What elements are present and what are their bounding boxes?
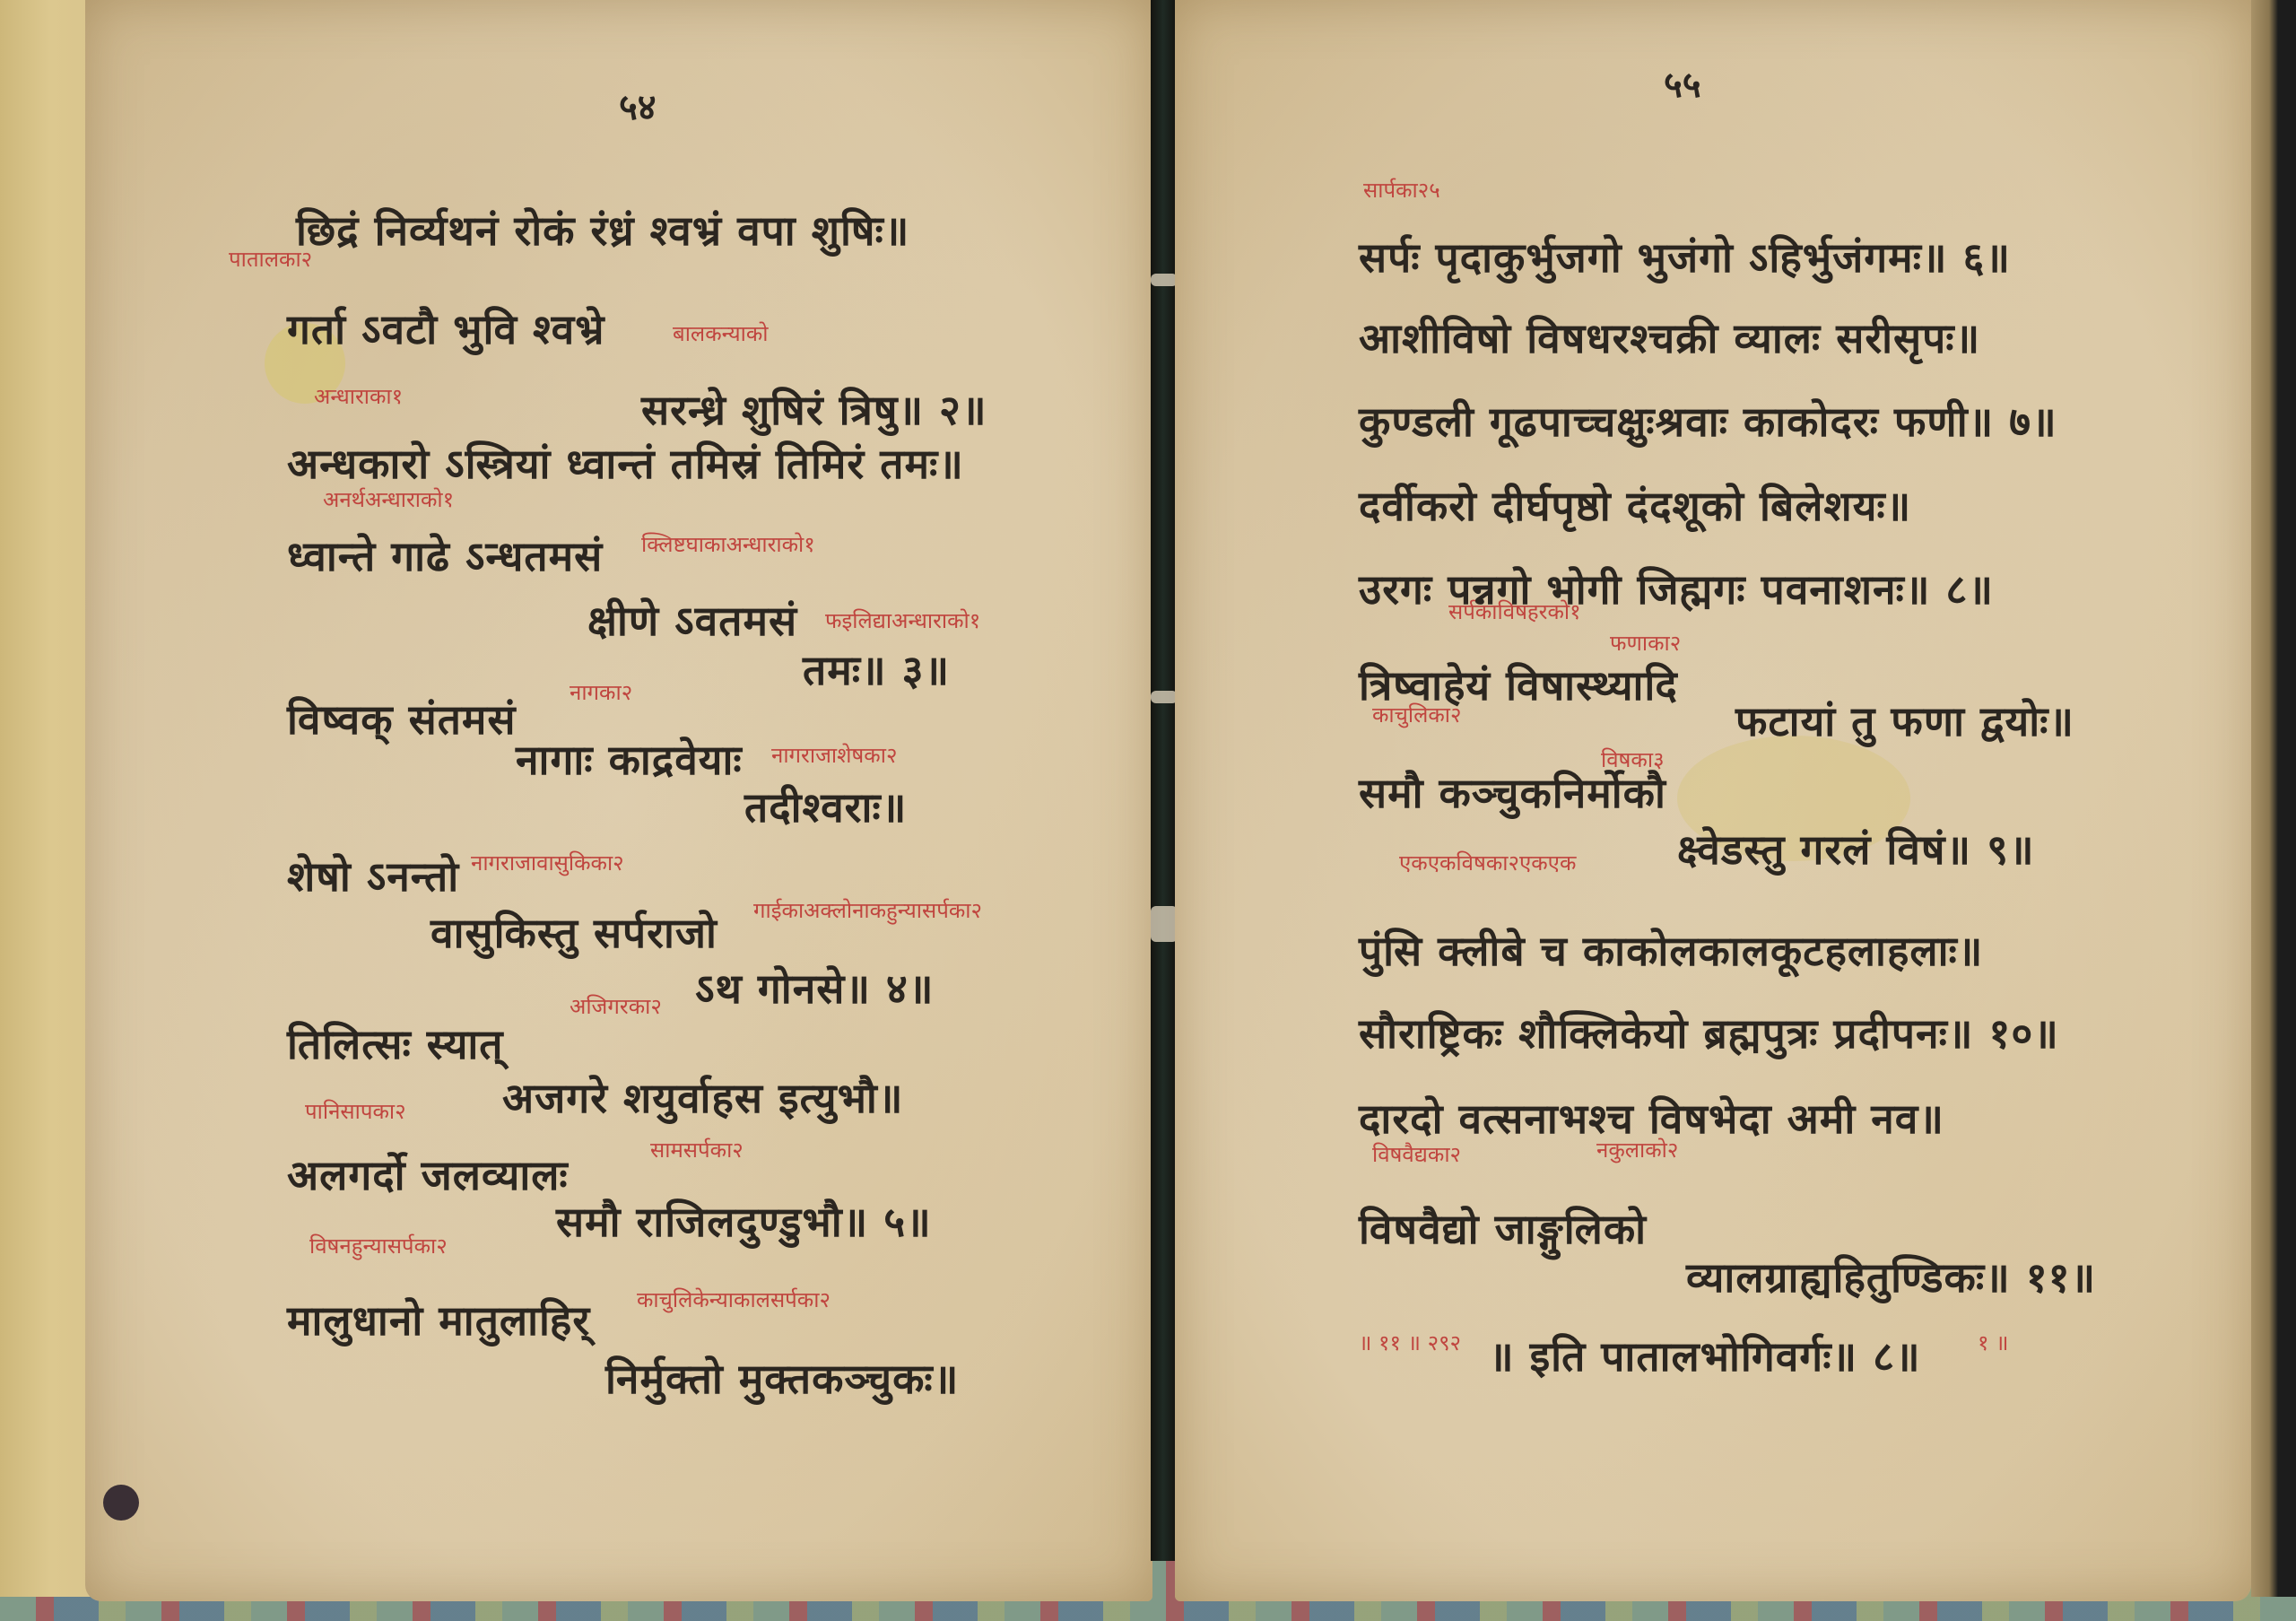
manuscript-line: छिद्रं निर्व्यथनं रोकं रंध्रं श्वभ्रं वप… xyxy=(296,202,909,257)
binding-stitch xyxy=(1151,691,1178,703)
manuscript-line: आशीविषो विषधरश्चक्री व्यालः सरीसृपः॥ xyxy=(1359,309,1980,365)
marginal-gloss: अजिगरका२ xyxy=(570,991,662,1021)
marginal-gloss: नकुलाको२ xyxy=(1596,1135,1678,1164)
manuscript-line: तदीश्वराः॥ xyxy=(744,779,907,834)
manuscript-line: क्षीणे ऽवतमसं xyxy=(587,592,797,648)
ink-blot xyxy=(103,1485,139,1521)
manuscript-line: सर्पः पृदाकुर्भुजगो भुजंगो ऽहिर्भुजंगमः॥… xyxy=(1359,229,2011,284)
manuscript-line: अन्धकारो ऽस्त्रियां ध्वान्तं तमिस्रं तिम… xyxy=(287,435,964,491)
page-number-right: ५५ xyxy=(1664,58,1701,108)
binding-stitch xyxy=(1151,274,1178,286)
manuscript-line: ध्वान्ते गाढे ऽन्धतमसं xyxy=(287,527,603,583)
manuscript-line: ऽथ गोनसे॥ ४॥ xyxy=(695,960,934,1015)
manuscript-line: क्ष्वेडस्तु गरलं विषं॥ ९॥ xyxy=(1677,821,2035,876)
marginal-gloss: गाईकाअक्लोनाकहुन्यासर्पका२ xyxy=(753,895,982,925)
marginal-gloss: अनर्थअन्धाराको१ xyxy=(323,484,454,514)
marginal-gloss: विषवैद्यका२ xyxy=(1372,1139,1461,1169)
binding-gutter xyxy=(1151,0,1176,1561)
marginal-gloss: पानिसापका२ xyxy=(305,1096,406,1126)
manuscript-line: मालुधानो मातुलाहिर् xyxy=(287,1292,590,1347)
marginal-gloss: सामसर्पका२ xyxy=(650,1135,744,1164)
manuscript-line: समौ राजिलदुण्डुभौ॥ ५॥ xyxy=(556,1193,932,1249)
marginal-gloss: सर्पकाविषहरको१ xyxy=(1448,597,1581,626)
manuscript-line: ॥ इति पातालभोगिवर्गः॥ ८॥ xyxy=(1489,1328,1921,1383)
marginal-gloss: एकएकविषका२एकएक xyxy=(1399,848,1576,877)
binding-stitch xyxy=(1151,906,1178,942)
manuscript-line: सरन्ध्रे शुषिरं त्रिषु॥ २॥ xyxy=(641,381,987,437)
manuscript-line: व्यालग्राह्यहितुण्डिकः॥ ११॥ xyxy=(1686,1249,2096,1304)
manuscript-line: तिलित्सः स्यात् xyxy=(287,1015,504,1071)
manuscript-line: निर्मुक्तो मुक्तकञ्चुकः॥ xyxy=(605,1350,959,1406)
manuscript-line: नागाः काद्रवेयाः xyxy=(516,731,743,787)
manuscript-line: अलगर्दो जलव्यालः xyxy=(287,1146,569,1202)
manuscript-line: वासुकिस्तु सर्पराजो xyxy=(430,904,717,960)
marginal-gloss: नागका२ xyxy=(570,677,632,707)
page-stack-edge xyxy=(2251,0,2296,1597)
manuscript-line: शेषो ऽनन्तो xyxy=(287,848,459,903)
manuscript-line: कुण्डली गूढपाच्चक्षुःश्रवाः काकोदरः फणी॥… xyxy=(1359,393,2057,449)
marginal-gloss: अन्धाराका१ xyxy=(314,381,403,411)
marginal-gloss: नागराजावासुकिका२ xyxy=(471,848,624,877)
marginal-gloss: नागराजाशेषका२ xyxy=(771,740,897,770)
marginal-gloss: बालकन्याको xyxy=(673,318,769,348)
rubric-mark: ॥ ११ ॥ २९२ xyxy=(1359,1328,1461,1357)
manuscript-line: विष्वक् संतमसं xyxy=(287,691,517,746)
manuscript-line: अजगरे शयुर्वाहस इत्युभौ॥ xyxy=(502,1069,903,1125)
page-number-left: ५४ xyxy=(619,81,657,130)
manuscript-line: सौराष्ट्रिकः शौक्लिकेयो ब्रह्मपुत्रः प्र… xyxy=(1359,1005,2059,1060)
marginal-gloss: विषका३ xyxy=(1601,745,1665,774)
manuscript-line: विषवैद्यो जाङ्गुलिको xyxy=(1359,1200,1647,1256)
marginal-gloss: काचुलिका२ xyxy=(1372,700,1462,729)
manuscript-line: फटायां तु फणा द्वयोः॥ xyxy=(1735,693,2074,748)
manuscript-line: पुंसि क्लीबे च काकोलकालकूटहलाहलाः॥ xyxy=(1359,922,1983,978)
marginal-gloss: क्लिष्टघाकाअन्धाराको१ xyxy=(641,529,815,559)
marginal-gloss: विषनहुन्यासर्पका२ xyxy=(309,1231,448,1260)
rubric-mark: १ ॥ xyxy=(1978,1328,2009,1357)
marginal-gloss: फइलिद्याअन्धाराको१ xyxy=(825,606,980,635)
marginal-gloss: फणाका२ xyxy=(1610,628,1681,658)
marginal-gloss: पातालका२ xyxy=(229,244,312,274)
manuscript-line: दर्वीकरो दीर्घपृष्ठो दंदशूको बिलेशयः॥ xyxy=(1359,477,1911,533)
marginal-gloss: काचुलिकेन्याकालसर्पका२ xyxy=(637,1285,831,1314)
marginal-gloss: सार्पका२५ xyxy=(1363,175,1440,205)
manuscript-line: गर्ता ऽवटौ भुवि श्वभ्रे xyxy=(287,301,605,356)
manuscript-line: तमः॥ ३॥ xyxy=(803,641,950,697)
